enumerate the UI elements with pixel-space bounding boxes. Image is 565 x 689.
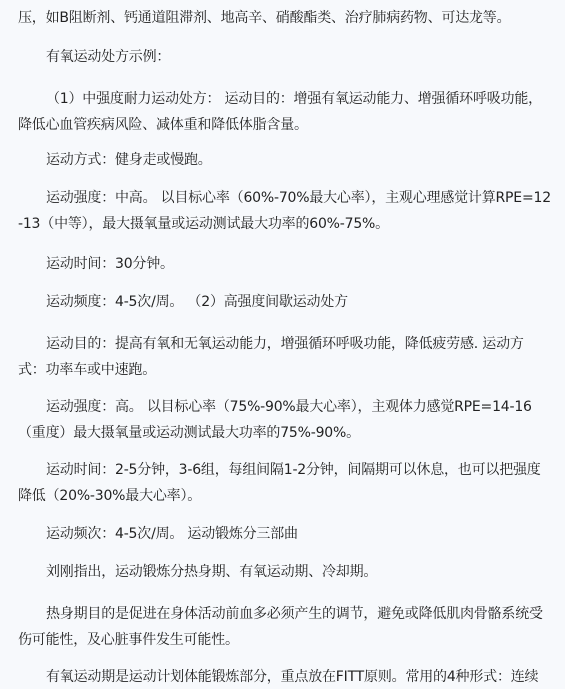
paragraph-warmup-purpose: 热身期目的是促进在身体活动前血多必须产生的调节，避免或降低肌肉骨骼系统受伤可能性…	[18, 601, 551, 653]
paragraph-aerobic-phase: 有氧运动期是运动计划体能锻炼部分，重点放在FITT原则。常用的4种形式：连续	[18, 664, 551, 689]
paragraph-medication-list: 压，如B阻断剂、钙通道阻滞剂、地高辛、硝酸酯类、治疗肺病药物、可达龙等。	[18, 5, 547, 31]
paragraph-interval-duration: 运动时间：2-5分钟，3-6组，每组间隔1-2分钟，间隔期可以休息，也可以把强度…	[18, 457, 551, 509]
paragraph-exercise-mode: 运动方式：健身走或慢跑。	[18, 147, 547, 173]
paragraph-frequency-three-phases: 运动频次：4-5次/周。 运动锻炼分三部曲	[18, 521, 547, 547]
heading-aerobic-prescription-example: 有氧运动处方示例：	[18, 44, 547, 70]
paragraph-exercise-intensity-moderate: 运动强度：中高。 以目标心率（60%-70%最大心率），主观心理感觉计算RPE=…	[18, 185, 551, 237]
paragraph-exercise-duration: 运动时间：30分钟。	[18, 251, 547, 277]
paragraph-exercise-frequency: 运动频度：4-5次/周。 （2）高强度间歇运动处方	[18, 289, 547, 315]
paragraph-hiit-goal: 运动目的：提高有氧和无氧运动能力，增强循环呼吸功能，降低疲劳感. 运动方式：功率…	[18, 331, 551, 383]
article-body: 压，如B阻断剂、钙通道阻滞剂、地高辛、硝酸酯类、治疗肺病药物、可达龙等。 有氧运…	[0, 0, 565, 689]
paragraph-exercise-intensity-high: 运动强度：高。 以目标心率（75%-90%最大心率），主观体力感觉RPE=14-…	[18, 394, 551, 446]
paragraph-moderate-intensity-goal: （1）中强度耐力运动处方： 运动目的：增强有氧运动能力、增强循环呼吸功能，降低心…	[18, 86, 551, 138]
paragraph-phases-overview: 刘刚指出，运动锻炼分热身期、有氧运动期、冷却期。	[18, 559, 547, 585]
